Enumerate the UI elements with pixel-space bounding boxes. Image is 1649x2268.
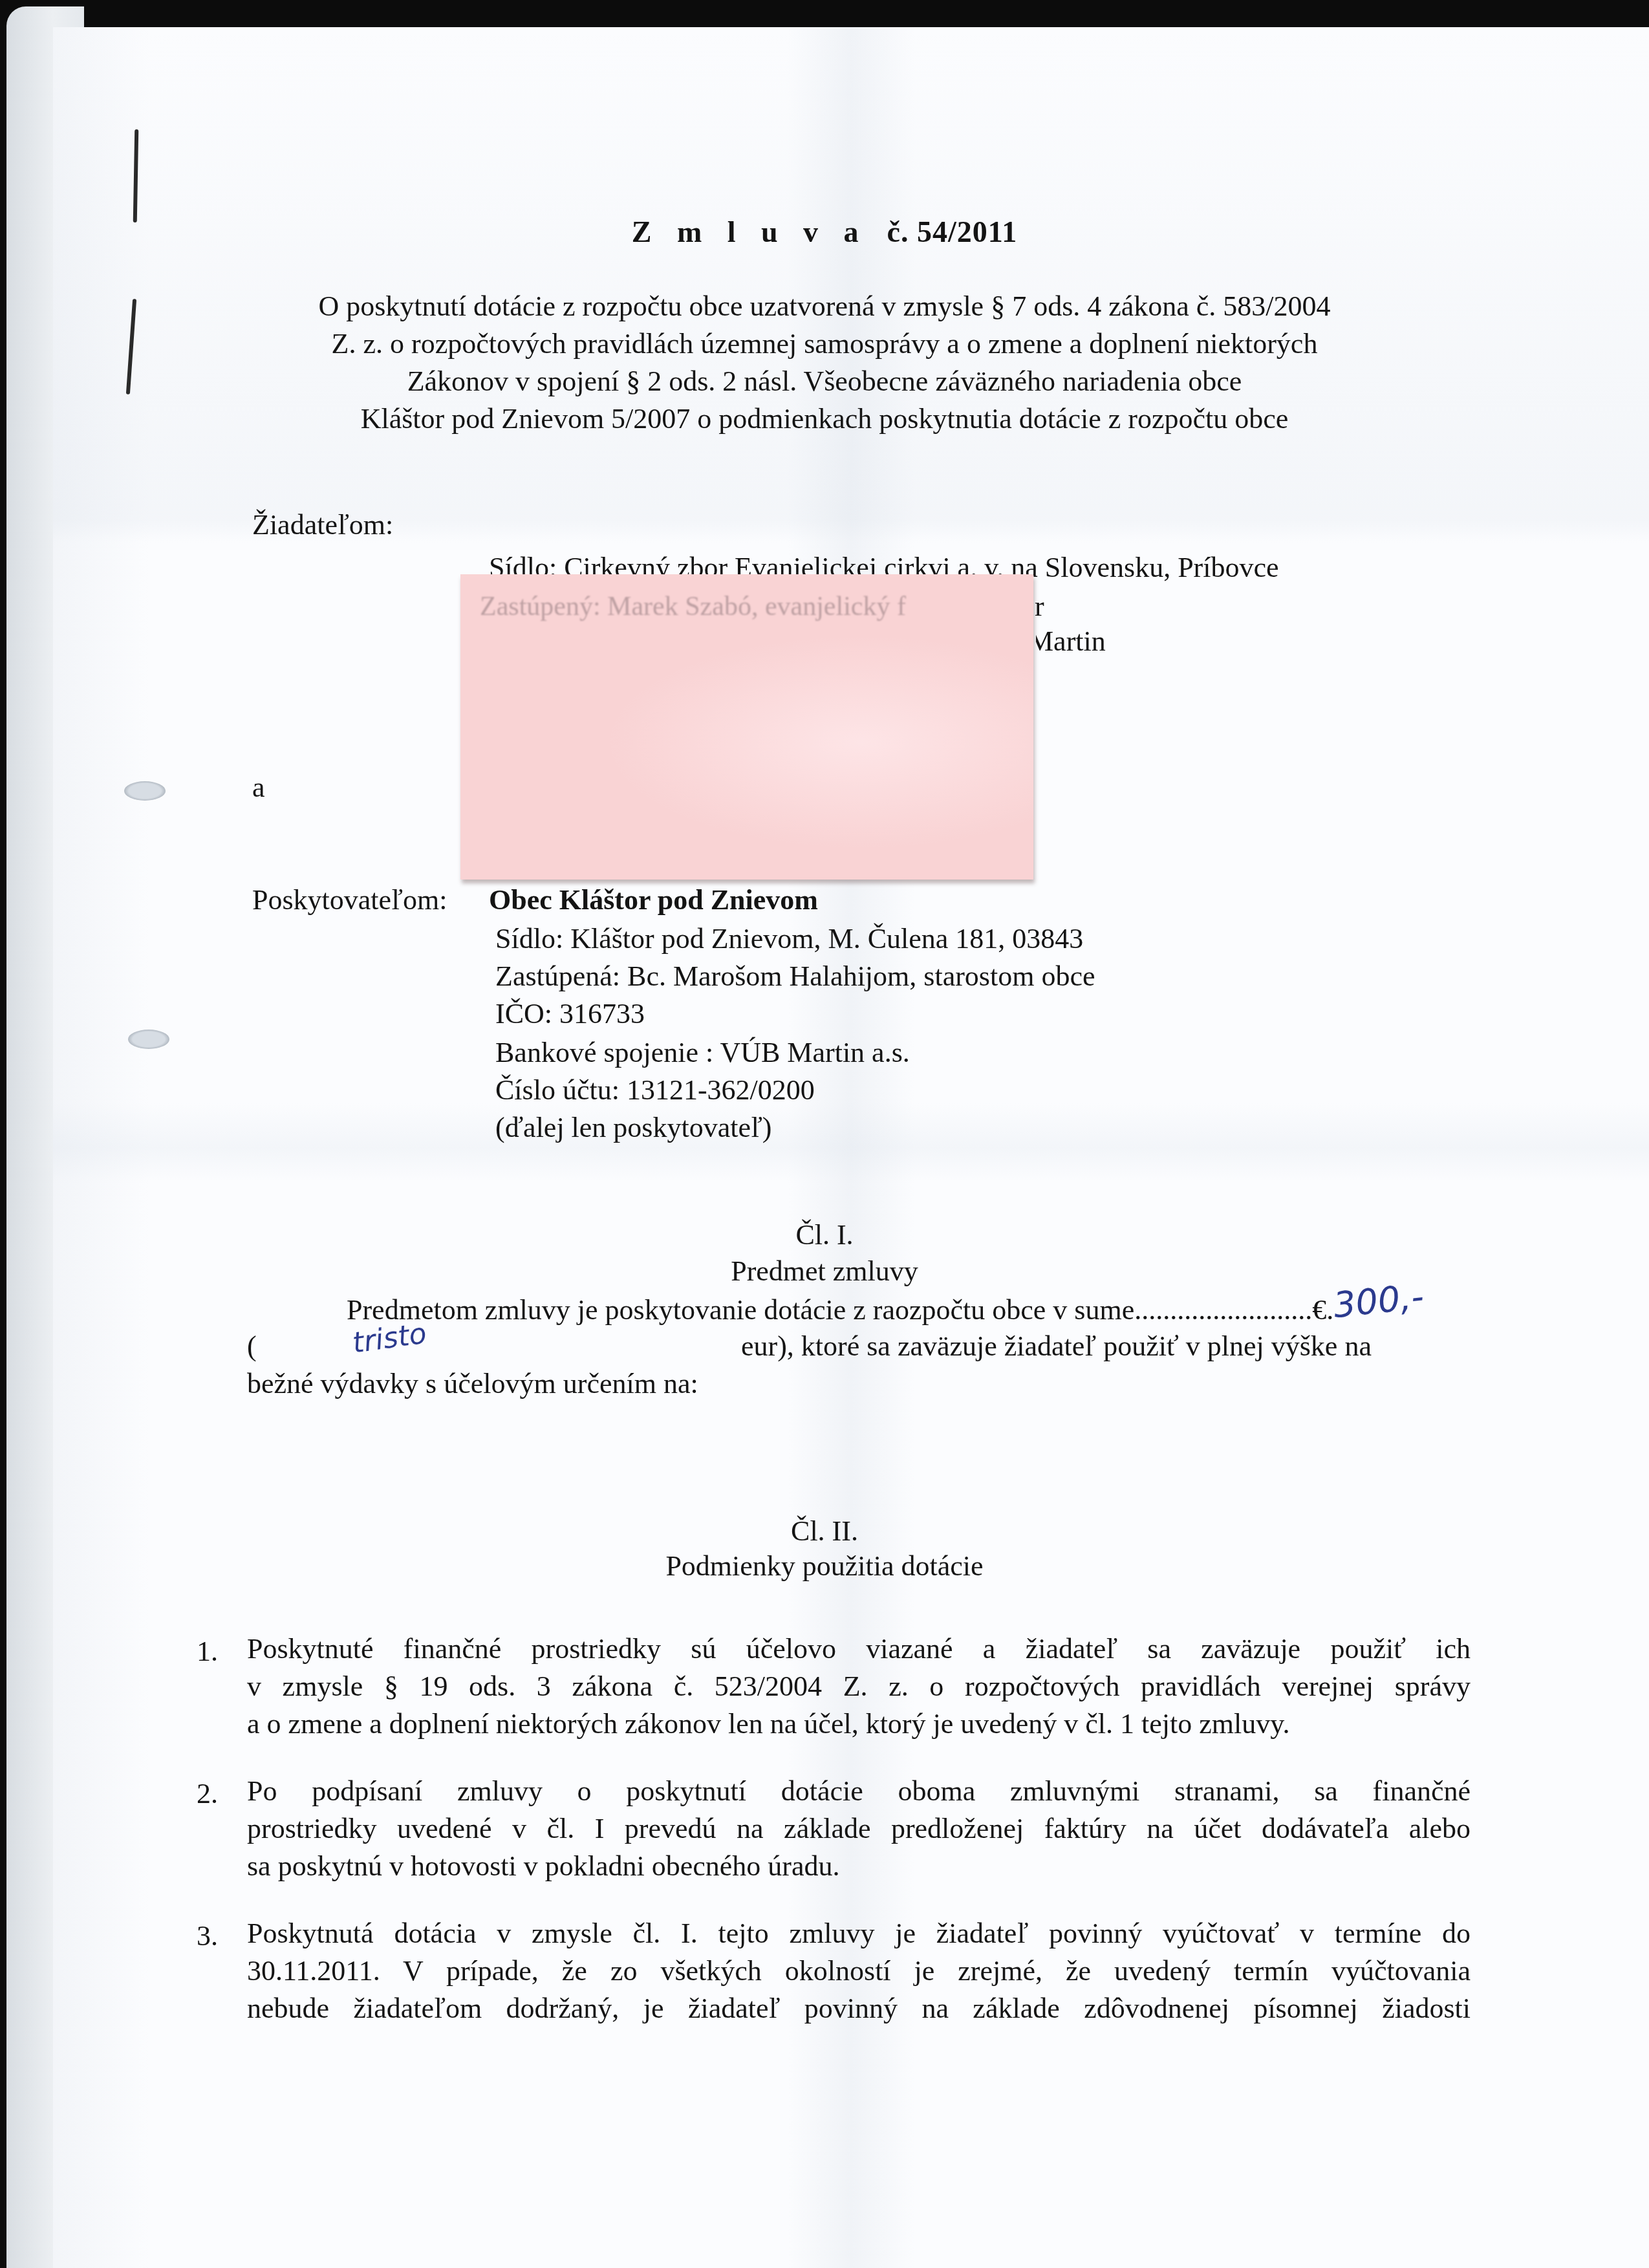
article-2-number: Čl. II. [0, 1517, 1649, 1546]
item-2-line-1: Po podpísaní zmluvy o poskytnutí dotácie… [247, 1777, 1471, 1806]
item-1-line-2: v zmysle § 19 ods. 3 zákona č. 523/2004 … [247, 1672, 1471, 1701]
item-3-line-2: 30.11.2011. V prípade, že zo všetkých ok… [247, 1957, 1471, 1985]
item-1-line-1: Poskytnuté finančné prostriedky sú účelo… [247, 1635, 1471, 1663]
article-1-sentence-end: bežné výdavky s účelovým určením na: [247, 1370, 698, 1398]
provider-representative: Zastúpená: Bc. Marošom Halahijom, staros… [495, 962, 1095, 991]
item-3-number: 3. [197, 1919, 218, 1952]
item-2-line-3: sa poskytnú v hotovosti v pokladni obecn… [247, 1852, 840, 1881]
item-3-line-1: Poskytnutá dotácia v zmysle čl. I. tejto… [247, 1919, 1471, 1948]
preamble-line-4: Kláštor pod Znievom 5/2007 o podmienkach… [0, 405, 1649, 433]
contract-document: Z m l u v ač. 54/2011 O poskytnutí dotác… [0, 0, 1649, 2268]
item-2-number: 2. [197, 1777, 218, 1810]
preamble-line-3: Zákonov v spojení § 2 ods. 2 násl. Všeob… [0, 367, 1649, 396]
provider-seat: Sídlo: Kláštor pod Znievom, M. Čulena 18… [495, 925, 1083, 953]
provider-bank: Bankové spojenie : VÚB Martin a.s. [495, 1039, 910, 1067]
provider-account: Číslo účtu: 13121-362/0200 [495, 1076, 815, 1105]
title-word: Z m l u v a [632, 215, 868, 248]
handwritten-amount: 300,- [1331, 1276, 1426, 1326]
article-1-number: Čl. I. [0, 1221, 1649, 1249]
contract-number: č. 54/2011 [887, 215, 1018, 248]
document-title: Z m l u v ač. 54/2011 [0, 217, 1649, 247]
item-1-number: 1. [197, 1635, 218, 1668]
item-2-line-2: prostriedky uvedené v čl. I prevedú na z… [247, 1815, 1471, 1843]
applicant-fragment-1: r [1035, 592, 1044, 621]
conjunction-a: a [252, 773, 265, 802]
article-1-sentence-start: Predmetom zmluvy je poskytovanie dotácie… [347, 1296, 1333, 1324]
provider-label: Poskytovateľom: [252, 886, 447, 914]
applicant-label: Žiadateľom: [252, 511, 393, 539]
item-3-line-3: nebude žiadateľom dodržaný, je žiadateľ … [247, 1994, 1471, 2023]
obscured-representative-text: Zastúpený: Marek Szabó, evanjelický f [480, 591, 906, 622]
article-1-sentence-mid: eur), ktoré sa zaväzuje žiadateľ použiť … [741, 1332, 1372, 1361]
article-2-heading: Podmienky použitia dotácie [0, 1552, 1649, 1581]
article-1-open-paren: ( [247, 1332, 257, 1361]
preamble-line-1: O poskytnutí dotácie z rozpočtu obce uza… [0, 292, 1649, 321]
applicant-fragment-2: Martin [1028, 627, 1106, 656]
provider-alias: (ďalej len poskytovateľ) [495, 1114, 772, 1142]
provider-name: Obec Kláštor pod Znievom [489, 886, 818, 914]
redaction-sticker: Zastúpený: Marek Szabó, evanjelický f [460, 574, 1033, 880]
item-1-line-3: a o zmene a doplnení niektorých zákonov … [247, 1710, 1289, 1738]
preamble-line-2: Z. z. o rozpočtových pravidlách územnej … [0, 330, 1649, 358]
provider-ico: IČO: 316733 [495, 1000, 645, 1028]
